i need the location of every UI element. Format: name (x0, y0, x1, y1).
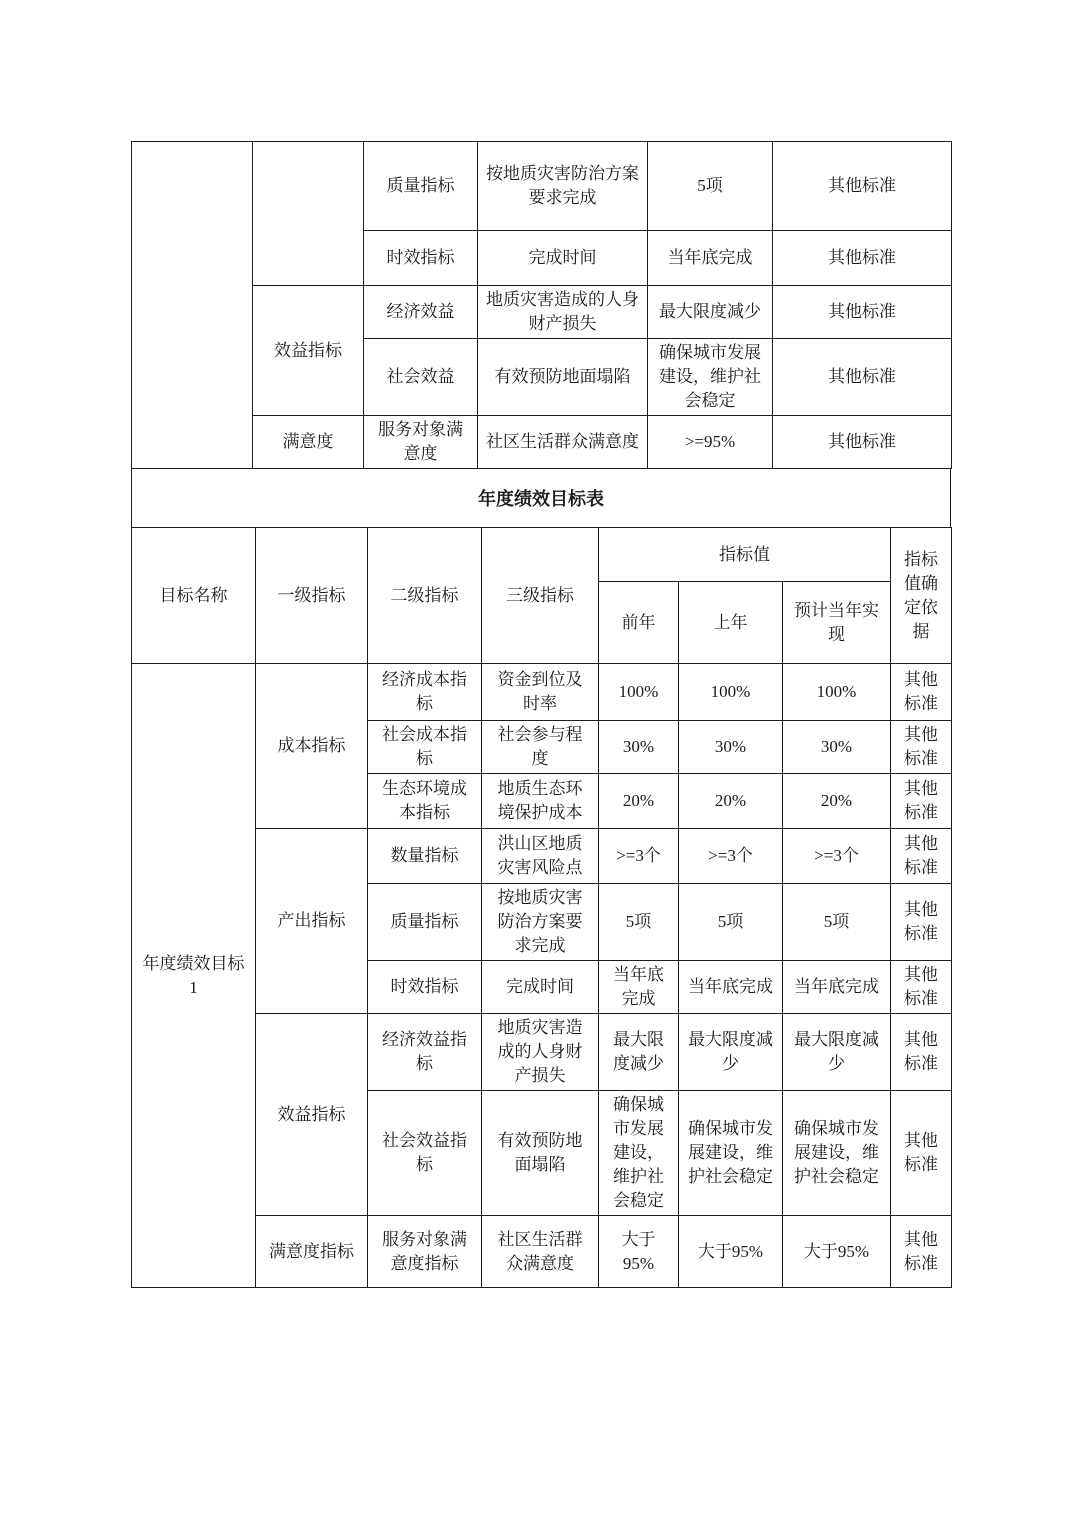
t1-row3-level2-cell: 经济效益 (364, 286, 478, 339)
t2-row1-prev1-cell: 100% (679, 664, 783, 721)
t1-row4-level3-cell: 有效预防地面塌陷 (478, 339, 648, 416)
t2-row9-level3-cell: 社区生活群众满意度 (482, 1216, 599, 1288)
t1-row1-value-cell: 5项 (648, 142, 773, 231)
performance-tables: 质量指标 按地质灾害防治方案要求完成 5项 其他标准 时效指标 完成时间 当年底… (131, 141, 951, 1288)
t2-row5-current-cell: 5项 (783, 884, 891, 961)
t2-row3-current-cell: 20% (783, 774, 891, 829)
t1-row1-basis-cell: 其他标准 (773, 142, 952, 231)
t2-row6-basis-cell: 其他标准 (891, 961, 952, 1014)
t2-row7-basis-cell: 其他标准 (891, 1014, 952, 1091)
t2-row1-level3-cell: 资金到位及时率 (482, 664, 599, 721)
t2-row3-level2-cell: 生态环境成本指标 (368, 774, 482, 829)
t2-row4-current-cell: >=3个 (783, 829, 891, 884)
t2-row3-level3-cell: 地质生态环境保护成本 (482, 774, 599, 829)
t1-row2-level2-cell: 时效指标 (364, 231, 478, 286)
t1-row5-basis-cell: 其他标准 (773, 416, 952, 469)
t2-benefit-group-cell: 效益指标 (256, 1014, 368, 1216)
t1-row1-level2-cell: 质量指标 (364, 142, 478, 231)
t1-benefit-group-cell: 效益指标 (253, 286, 364, 416)
t1-row5-level3-cell: 社区生活群众满意度 (478, 416, 648, 469)
t2-header-value-group: 指标值 (599, 528, 891, 582)
t2-row5-level2-cell: 质量指标 (368, 884, 482, 961)
t2-cost-group-cell: 成本指标 (256, 664, 368, 829)
t2-row6-level2-cell: 时效指标 (368, 961, 482, 1014)
t2-row2-current-cell: 30% (783, 721, 891, 774)
continued-target-table: 质量指标 按地质灾害防治方案要求完成 5项 其他标准 时效指标 完成时间 当年底… (131, 141, 952, 469)
t1-group-empty-cell (253, 142, 364, 286)
t1-row3-value-cell: 最大限度减少 (648, 286, 773, 339)
t2-row7-prev2-cell: 最大限度减少 (599, 1014, 679, 1091)
t2-row8-current-cell: 确保城市发展建设，维护社会稳定 (783, 1091, 891, 1216)
t2-row8-prev1-cell: 确保城市发展建设，维护社会稳定 (679, 1091, 783, 1216)
t2-header-prev1: 上年 (679, 582, 783, 664)
t1-row1-level3-cell: 按地质灾害防治方案要求完成 (478, 142, 648, 231)
t2-row2-basis-cell: 其他标准 (891, 721, 952, 774)
t2-row7-prev1-cell: 最大限度减少 (679, 1014, 783, 1091)
t2-row5-prev2-cell: 5项 (599, 884, 679, 961)
t2-row5-basis-cell: 其他标准 (891, 884, 952, 961)
t2-row9-prev2-cell: 大于95% (599, 1216, 679, 1288)
t2-row4-basis-cell: 其他标准 (891, 829, 952, 884)
t2-output-group-cell: 产出指标 (256, 829, 368, 1014)
t1-row4-level2-cell: 社会效益 (364, 339, 478, 416)
t1-row2-basis-cell: 其他标准 (773, 231, 952, 286)
t1-row5-level2-cell: 服务对象满意度 (364, 416, 478, 469)
t2-row7-level3-cell: 地质灾害造成的人身财产损失 (482, 1014, 599, 1091)
t2-goal-name-cell: 年度绩效目标1 (132, 664, 256, 1288)
t2-row9-basis-cell: 其他标准 (891, 1216, 952, 1288)
t1-satisfaction-group-cell: 满意度 (253, 416, 364, 469)
t2-header-goal: 目标名称 (132, 528, 256, 664)
t1-row4-value-cell: 确保城市发展建设，维护社会稳定 (648, 339, 773, 416)
t2-header-level2: 二级指标 (368, 528, 482, 664)
t2-row3-prev2-cell: 20% (599, 774, 679, 829)
t2-row8-level3-cell: 有效预防地面塌陷 (482, 1091, 599, 1216)
t2-row4-level2-cell: 数量指标 (368, 829, 482, 884)
t2-row5-level3-cell: 按地质灾害防治方案要求完成 (482, 884, 599, 961)
t2-row9-current-cell: 大于95% (783, 1216, 891, 1288)
t2-row1-current-cell: 100% (783, 664, 891, 721)
t2-row4-level3-cell: 洪山区地质灾害风险点 (482, 829, 599, 884)
t2-row8-level2-cell: 社会效益指标 (368, 1091, 482, 1216)
t2-row7-level2-cell: 经济效益指标 (368, 1014, 482, 1091)
t2-row2-prev2-cell: 30% (599, 721, 679, 774)
t2-header-prev2: 前年 (599, 582, 679, 664)
t1-row4-basis-cell: 其他标准 (773, 339, 952, 416)
t2-row6-prev2-cell: 当年底完成 (599, 961, 679, 1014)
t1-row2-value-cell: 当年底完成 (648, 231, 773, 286)
t2-row9-prev1-cell: 大于95% (679, 1216, 783, 1288)
t2-row6-level3-cell: 完成时间 (482, 961, 599, 1014)
t2-header-current: 预计当年实现 (783, 582, 891, 664)
t2-row6-current-cell: 当年底完成 (783, 961, 891, 1014)
t2-row1-prev2-cell: 100% (599, 664, 679, 721)
t2-row4-prev1-cell: >=3个 (679, 829, 783, 884)
annual-target-table: 目标名称 一级指标 二级指标 三级指标 指标值 指标值确定依据 前年 上年 预计… (131, 527, 952, 1288)
t2-row1-basis-cell: 其他标准 (891, 664, 952, 721)
t2-row4-prev2-cell: >=3个 (599, 829, 679, 884)
t2-satisfaction-group-cell: 满意度指标 (256, 1216, 368, 1288)
t2-row2-level3-cell: 社会参与程度 (482, 721, 599, 774)
t1-row3-basis-cell: 其他标准 (773, 286, 952, 339)
t2-header-level3: 三级指标 (482, 528, 599, 664)
t1-goal-empty-cell (132, 142, 253, 469)
t1-row3-level3-cell: 地质灾害造成的人身财产损失 (478, 286, 648, 339)
t2-row2-prev1-cell: 30% (679, 721, 783, 774)
t1-row5-value-cell: >=95% (648, 416, 773, 469)
t2-row5-prev1-cell: 5项 (679, 884, 783, 961)
t2-row3-prev1-cell: 20% (679, 774, 783, 829)
t2-row7-current-cell: 最大限度减少 (783, 1014, 891, 1091)
document-page: 质量指标 按地质灾害防治方案要求完成 5项 其他标准 时效指标 完成时间 当年底… (0, 0, 1075, 1520)
table-title: 年度绩效目标表 (131, 469, 951, 527)
t2-row3-basis-cell: 其他标准 (891, 774, 952, 829)
t2-row1-level2-cell: 经济成本指标 (368, 664, 482, 721)
t2-row8-basis-cell: 其他标准 (891, 1091, 952, 1216)
t2-row6-prev1-cell: 当年底完成 (679, 961, 783, 1014)
t2-header-basis: 指标值确定依据 (891, 528, 952, 664)
t2-row9-level2-cell: 服务对象满意度指标 (368, 1216, 482, 1288)
t2-row2-level2-cell: 社会成本指标 (368, 721, 482, 774)
t2-row8-prev2-cell: 确保城市发展建设，维护社会稳定 (599, 1091, 679, 1216)
t1-row2-level3-cell: 完成时间 (478, 231, 648, 286)
t2-header-level1: 一级指标 (256, 528, 368, 664)
